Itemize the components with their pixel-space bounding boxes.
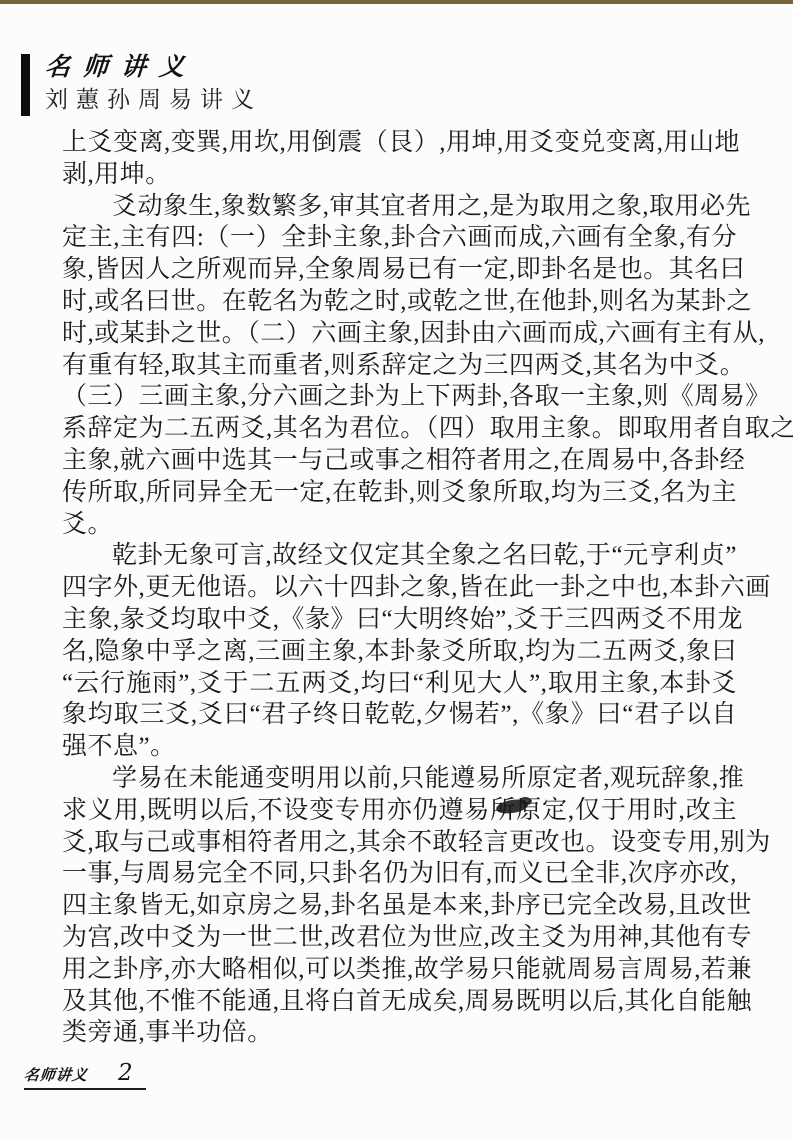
- page-footer: 名师讲义 2: [24, 1060, 146, 1090]
- text-line: 四主象皆无,如京房之易,卦名虽是本来,卦序已完全改易,且改世: [62, 890, 737, 922]
- text-line: 主象,彖爻均取中爻,《彖》曰“大明终始”,爻于三四两爻不用龙: [62, 604, 737, 636]
- text-line: 强不息”。: [62, 731, 737, 763]
- text-line: 名,隐象中孚之离,三画主象,本卦彖爻所取,均为二五两爻,象曰: [62, 636, 737, 668]
- footer-series-title: 名师讲义: [23, 1064, 89, 1085]
- text-line: 用之卦序,亦大略相似,可以类推,故学易只能就周易言周易,若兼: [62, 954, 737, 986]
- text-line: 剥,用坤。: [62, 159, 737, 191]
- text-line: 定主,主有四:（一）全卦主象,卦合六画而成,六画有全象,有分: [62, 222, 737, 254]
- text-line: 系辞定为二五两爻,其名为君位。（四）取用主象。即取用者自取之: [62, 413, 737, 445]
- text-line: 四字外,更无他语。以六十四卦之象,皆在此一卦之中也,本卦六画: [62, 572, 737, 604]
- header-vertical-bar: [21, 54, 30, 116]
- page-number: 2: [118, 1060, 133, 1086]
- text-line: 为宫,改中爻为一世二世,改君位为世应,改主爻为用神,其他有专: [62, 922, 737, 954]
- text-line: 时,或名曰世。在乾名为乾之时,或乾之世,在他卦,则名为某卦之: [62, 286, 737, 318]
- text-line: 及其他,不惟不能通,且将白首无成矣,周易既明以后,其化自能触: [62, 986, 737, 1018]
- series-title: 名师讲义: [44, 52, 263, 82]
- page-top-border: [0, 0, 793, 4]
- text-line: 象均取三爻,爻曰“君子终日乾乾,夕惕若”,《象》曰“君子以自: [62, 699, 737, 731]
- text-line: （三）三画主象,分六画之卦为上下两卦,各取一主象,则《周易》: [62, 381, 737, 413]
- scanned-book-page: { "page": { "top_border_color": "#75663c…: [0, 0, 793, 1141]
- text-line: 时,或某卦之世。（二）六画主象,因卦由六画而成,六画有主有从,: [62, 318, 737, 350]
- text-line: 爻动象生,象数繁多,审其宜者用之,是为取用之象,取用必先: [62, 191, 737, 223]
- text-line: 爻,取与己或事相符者用之,其余不敢轻言更改也。设变专用,别为: [62, 827, 737, 859]
- text-line: 一事,与周易完全不同,只卦名仍为旧有,而义已全非,次序亦改,: [62, 858, 737, 890]
- text-line: 有重有轻,取其主而重者,则系辞定之为三四两爻,其名为中爻。: [62, 350, 737, 382]
- text-line: 爻。: [62, 509, 737, 541]
- body-text: 上爻变离,变巽,用坎,用倒震（艮）,用坤,用爻变兑变离,用山地 剥,用坤。 爻动…: [62, 127, 737, 1049]
- text-line: “云行施雨”,爻于二五两爻,均曰“利见大人”,取用主象,本卦爻: [62, 668, 737, 700]
- text-line: 上爻变离,变巽,用坎,用倒震（艮）,用坤,用爻变兑变离,用山地: [62, 127, 737, 159]
- text-line: 乾卦无象可言,故经文仅定其全象之名曰乾,于“元亨利贞”: [62, 540, 737, 572]
- text-line: 传所取,所同异全无一定,在乾卦,则爻象所取,均为三爻,名为主: [62, 477, 737, 509]
- text-line: 象,皆因人之所观而异,全象周易已有一定,即卦名是也。其名曰: [62, 254, 737, 286]
- header-titles: 名师讲义 刘蕙孙周易讲义: [45, 52, 262, 116]
- page-header: 名师讲义 刘蕙孙周易讲义: [21, 52, 262, 116]
- text-line: 求义用,既明以后,不设变专用亦仍遵易所原定,仅于用时,改主: [62, 795, 737, 827]
- text-line: 主象,就六画中选其一与己或事之相符者用之,在周易中,各卦经: [62, 445, 737, 477]
- book-title: 刘蕙孙周易讲义: [45, 84, 262, 115]
- text-line: 学易在未能通变明用以前,只能遵易所原定者,观玩辞象,推: [62, 763, 737, 795]
- text-line: 类旁通,事半功倍。: [62, 1017, 737, 1049]
